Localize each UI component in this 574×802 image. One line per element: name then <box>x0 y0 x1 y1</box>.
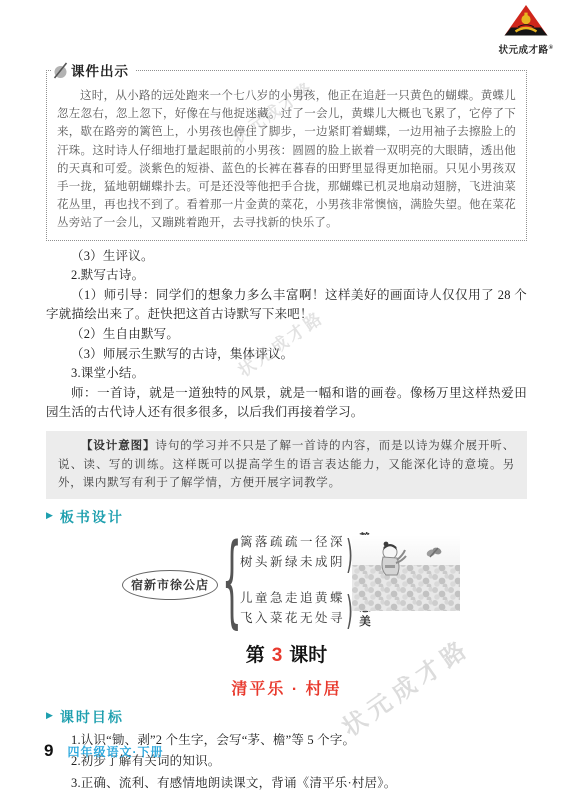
step-line: 3.课堂小结。 <box>46 364 527 384</box>
pen-slash-icon <box>53 62 68 79</box>
design-intent-text: 【设计意图】诗句的学习并不只是了解一首诗的内容，而是以诗为媒介展开听、说、读、写… <box>58 437 515 493</box>
courseware-text: 这时，从小路的远处跑来一个七八岁的小男孩，他正在追赶一只黄色的蝴蝶。黄蝶儿忽左忽… <box>57 87 516 233</box>
board-diagram: 宿新市徐公店 { 篱落疏疏一径深 树头新绿未成阴 儿童急走追黄蝶 飞入菜花无处寻… <box>46 532 527 636</box>
step-line: （3）师展示生默写的古诗，集体评议。 <box>46 345 527 365</box>
poem-line: 篱落疏疏一径深 <box>240 534 360 550</box>
poem-line: 树头新绿未成阴 <box>240 554 360 570</box>
page-number: 9 <box>44 741 53 761</box>
objectives-heading: ▶ 课时目标 <box>46 708 527 726</box>
period-suffix: 课时 <box>289 640 327 667</box>
period-number: 3 <box>272 645 283 667</box>
courseware-box: 课件出示 这时，从小路的远处跑来一个七八岁的小男孩，他正在追赶一只黄色的蝴蝶。黄… <box>46 70 527 241</box>
courseware-label-text: 课件出示 <box>71 60 129 80</box>
board-design-heading: ▶ 板书设计 <box>46 508 527 526</box>
step-line: （3）生评议。 <box>46 247 527 267</box>
child-butterfly-illustration <box>352 535 460 611</box>
step-line: （2）生自由默写。 <box>46 325 527 345</box>
arrow-right-icon: ▶ <box>46 712 53 721</box>
step-line: 2.默写古诗。 <box>46 266 527 286</box>
design-intent-label: 【设计意图】 <box>81 440 155 452</box>
brand-name: 状元成才路® <box>498 42 554 56</box>
poem-line: 儿童急走追黄蝶 <box>240 590 360 606</box>
registered-mark: ® <box>549 45 554 51</box>
objectives-title: 课时目标 <box>60 707 124 727</box>
design-intent-box: 【设计意图】诗句的学习并不只是了解一首诗的内容，而是以诗为媒介展开听、说、读、写… <box>46 431 527 499</box>
objectives-list: 1.认识“锄、剥”2 个生字，会写“茅、檐”等 5 个字。 2.初步了解有关词的… <box>46 730 527 795</box>
period-heading: 第 3 课时 <box>46 640 527 667</box>
book-label: 四年级语文·下册 <box>67 743 163 760</box>
brand-triangle-icon <box>503 4 549 37</box>
step-line: 师：一首诗，就是一道独特的风景，就是一幅和谐的画卷。像杨万里这样热爱田园生活的古… <box>46 384 527 423</box>
page-content: 课件出示 这时，从小路的远处跑来一个七八岁的小男孩，他正在追赶一只黄色的蝴蝶。黄… <box>46 70 527 794</box>
lesson-subtitle: 清平乐 · 村居 <box>46 676 527 699</box>
page-footer: 9 四年级语文·下册 <box>44 741 163 761</box>
board-design-title: 板书设计 <box>60 507 124 527</box>
poem-line: 飞入菜花无处寻 <box>240 610 360 626</box>
courseware-label: 课件出示 <box>51 60 136 80</box>
brand-logo: 状元成才路® <box>498 4 554 56</box>
objective-item: 3.正确、流利、有感情地朗读课文，背诵《清平乐·村居》。 <box>46 773 527 795</box>
step-line: （1）师引导：同学们的想象力多么丰富啊！这样美好的画面诗人仅仅用了 28 个字就… <box>46 286 527 325</box>
period-prefix: 第 <box>246 640 265 667</box>
poem-title-oval: 宿新市徐公店 <box>122 570 218 600</box>
teaching-steps: （3）生评议。 2.默写古诗。 （1）师引导：同学们的想象力多么丰富啊！这样美好… <box>46 247 527 423</box>
arrow-right-icon: ▶ <box>46 512 53 521</box>
left-brace: { <box>222 533 242 633</box>
